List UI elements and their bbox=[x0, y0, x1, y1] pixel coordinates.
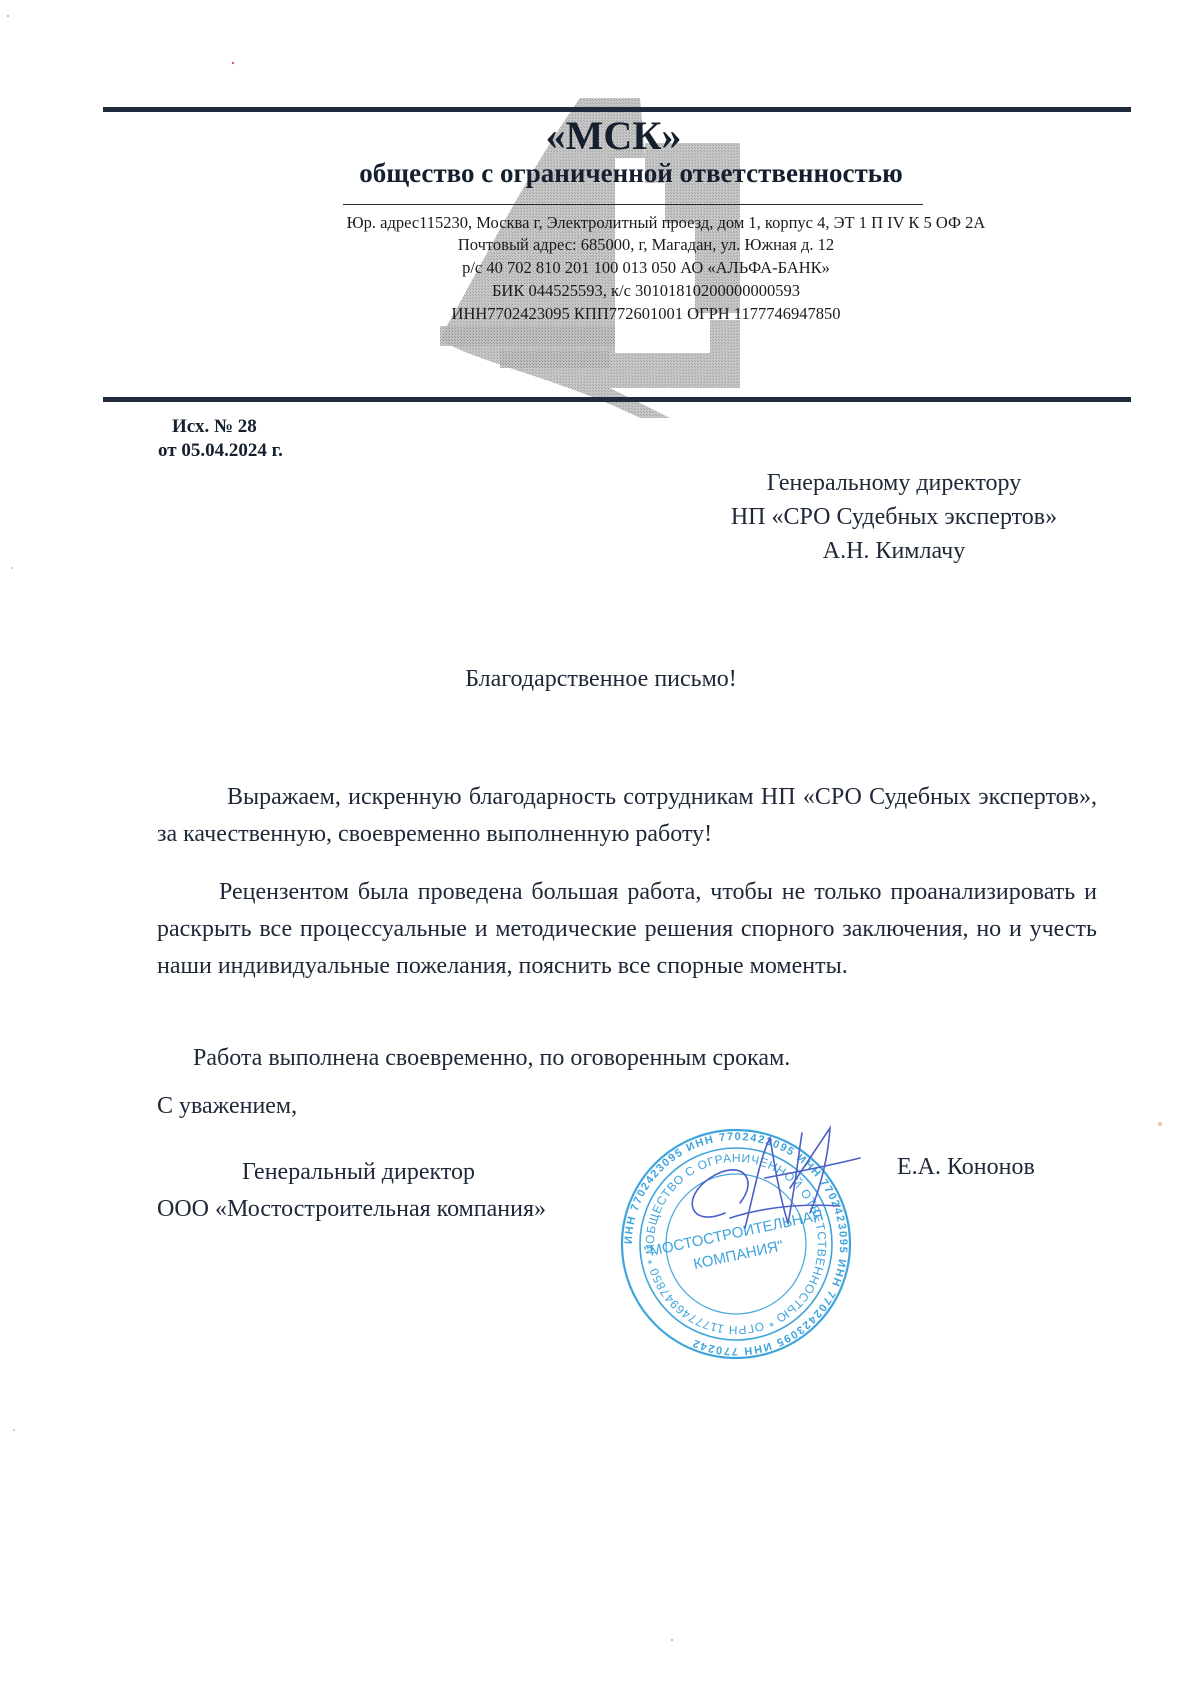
letter-title: Благодарственное письмо! bbox=[0, 666, 1192, 693]
salutation: С уважением, bbox=[157, 1093, 297, 1120]
reference-number: Исх. № 28 bbox=[158, 415, 283, 439]
letterhead-bottom-rule bbox=[103, 397, 1131, 402]
addressee-position: Генеральному директору bbox=[684, 466, 1104, 500]
signatory-name: Е.А. Кононов bbox=[897, 1154, 1035, 1181]
tax-ids: ИНН7702423095 КПП772601001 ОГРН 11777469… bbox=[0, 304, 1192, 324]
body-paragraph: Рецензентом была проведена большая работ… bbox=[157, 874, 1097, 985]
handwritten-signature-icon bbox=[670, 1118, 880, 1248]
addressee-block: Генеральному директору НП «СРО Судебных … bbox=[684, 466, 1104, 568]
letter-page: «МСК» общество с ограниченной ответствен… bbox=[0, 0, 1192, 1684]
bank-bik: БИК 044525593, к/с 30101810200000000593 bbox=[0, 281, 1192, 301]
signatory-title: Генеральный директор ООО «Мостостроитель… bbox=[157, 1154, 546, 1228]
letterhead-divider bbox=[343, 204, 923, 205]
company-brand: «МСК» bbox=[0, 112, 1192, 159]
addressee-organization: НП «СРО Судебных экспертов» bbox=[684, 500, 1104, 534]
body-paragraph: Работа выполнена своевременно, по оговор… bbox=[157, 1040, 1097, 1077]
company-legal-form: общество с ограниченной ответственностью bbox=[0, 158, 1192, 189]
addressee-name: А.Н. Кимлачу bbox=[684, 534, 1104, 568]
signatory-company: ООО «Мостостроительная компания» bbox=[157, 1196, 546, 1222]
legal-address: Юр. адрес115230, Москва г, Электролитный… bbox=[0, 213, 1192, 233]
postal-address: Почтовый адрес: 685000, г, Магадан, ул. … bbox=[0, 235, 1192, 255]
reference-date: от 05.04.2024 г. bbox=[158, 440, 283, 461]
signatory-position: Генеральный директор bbox=[157, 1154, 546, 1191]
bank-account: р/с 40 702 810 201 100 013 050 АО «АЛЬФА… bbox=[0, 258, 1192, 278]
outgoing-reference: Исх. № 28 от 05.04.2024 г. bbox=[158, 415, 283, 463]
body-paragraph: Выражаем, искренную благодарность сотруд… bbox=[157, 779, 1097, 853]
